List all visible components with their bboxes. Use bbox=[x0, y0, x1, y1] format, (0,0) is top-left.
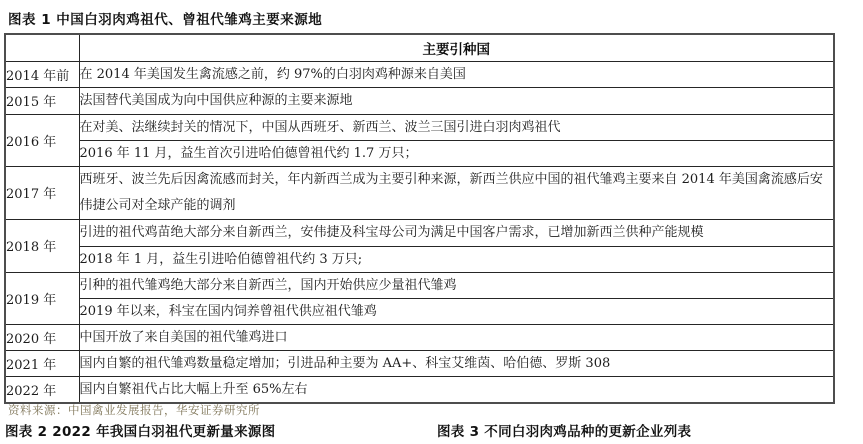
year-cell: 2018 年 bbox=[5, 219, 79, 272]
table-row: 2015 年 法国替代美国成为向中国供应种源的主要来源地 bbox=[5, 87, 834, 114]
year-cell: 2022 年 bbox=[5, 376, 79, 403]
source-note: 资料来源：中国禽业发展报告，华安证券研究所 bbox=[8, 402, 260, 418]
content-cell: 2016 年 11 月，益生首次引进哈伯德曾祖代约 1.7 万只； bbox=[79, 140, 834, 166]
figure3-caption: 图表 3 不同白羽肉鸡品种的更新企业列表 bbox=[437, 420, 691, 440]
year-cell: 2019 年 bbox=[5, 272, 79, 324]
table-subrow: 2016 年 11 月，益生首次引进哈伯德曾祖代约 1.7 万只； bbox=[5, 140, 834, 166]
year-cell: 2021 年 bbox=[5, 350, 79, 376]
table-header-main: 主要引种国 bbox=[79, 34, 834, 61]
table-row: 2021 年 国内自繁的祖代雏鸡数量稳定增加；引进品种主要为 AA+、科宝艾维茵… bbox=[5, 350, 834, 376]
report-page: 图表 1 中国白羽肉鸡祖代、曾祖代雏鸡主要来源地 主要引种国 2014 年前 在… bbox=[0, 0, 863, 444]
table-subrow: 2019 年以来，科宝在国内饲养曾祖代供应祖代雏鸡 bbox=[5, 298, 834, 324]
year-cell: 2017 年 bbox=[5, 166, 79, 219]
content-cell: 引进的祖代鸡苗绝大部分来自新西兰，安伟捷及科宝母公司为满足中国客户需求，已增加新… bbox=[79, 219, 834, 246]
content-cell: 在 2014 年美国发生禽流感之前，约 97%的白羽肉鸡种源来自美国 bbox=[79, 61, 834, 87]
table-row: 2022 年 国内自繁祖代占比大幅上升至 65%左右 bbox=[5, 376, 834, 403]
content-cell: 2018 年 1 月，益生引进哈伯德曾祖代约 3 万只; bbox=[79, 246, 834, 272]
table-subrow: 2018 年 1 月，益生引进哈伯德曾祖代约 3 万只; bbox=[5, 246, 834, 272]
table-row: 2014 年前 在 2014 年美国发生禽流感之前，约 97%的白羽肉鸡种源来自… bbox=[5, 61, 834, 87]
table-row: 2018 年 引进的祖代鸡苗绝大部分来自新西兰，安伟捷及科宝母公司为满足中国客户… bbox=[5, 219, 834, 246]
content-cell: 中国开放了来自美国的祖代雏鸡进口 bbox=[79, 324, 834, 350]
year-cell: 2014 年前 bbox=[5, 61, 79, 87]
content-cell: 引种的祖代雏鸡绝大部分来自新西兰，国内开始供应少量祖代雏鸡 bbox=[79, 272, 834, 298]
table-row: 2017 年 西班牙、波兰先后因禽流感而封关，年内新西兰成为主要引种来源，新西兰… bbox=[5, 166, 834, 219]
source-table: 主要引种国 2014 年前 在 2014 年美国发生禽流感之前，约 97%的白羽… bbox=[4, 33, 835, 404]
year-cell: 2015 年 bbox=[5, 87, 79, 114]
content-cell: 在对美、法继续封关的情况下，中国从西班牙、新西兰、波兰三国引进白羽肉鸡祖代 bbox=[79, 114, 834, 140]
figure2-caption: 图表 2 2022 年我国白羽祖代更新量来源图 bbox=[5, 420, 275, 440]
table-header-row: 主要引种国 bbox=[5, 34, 834, 61]
year-cell: 2016 年 bbox=[5, 114, 79, 166]
content-cell: 国内自繁的祖代雏鸡数量稳定增加；引进品种主要为 AA+、科宝艾维茵、哈伯德、罗斯… bbox=[79, 350, 834, 376]
figure1-title: 图表 1 中国白羽肉鸡祖代、曾祖代雏鸡主要来源地 bbox=[8, 8, 322, 28]
content-cell: 2019 年以来，科宝在国内饲养曾祖代供应祖代雏鸡 bbox=[79, 298, 834, 324]
year-cell: 2020 年 bbox=[5, 324, 79, 350]
content-cell: 法国替代美国成为向中国供应种源的主要来源地 bbox=[79, 87, 834, 114]
content-cell: 国内自繁祖代占比大幅上升至 65%左右 bbox=[79, 376, 834, 403]
content-cell: 西班牙、波兰先后因禽流感而封关，年内新西兰成为主要引种来源，新西兰供应中国的祖代… bbox=[79, 166, 834, 219]
table-row: 2016 年 在对美、法继续封关的情况下，中国从西班牙、新西兰、波兰三国引进白羽… bbox=[5, 114, 834, 140]
table-row: 2019 年 引种的祖代雏鸡绝大部分来自新西兰，国内开始供应少量祖代雏鸡 bbox=[5, 272, 834, 298]
header-year-cell bbox=[5, 34, 79, 61]
table-row: 2020 年 中国开放了来自美国的祖代雏鸡进口 bbox=[5, 324, 834, 350]
